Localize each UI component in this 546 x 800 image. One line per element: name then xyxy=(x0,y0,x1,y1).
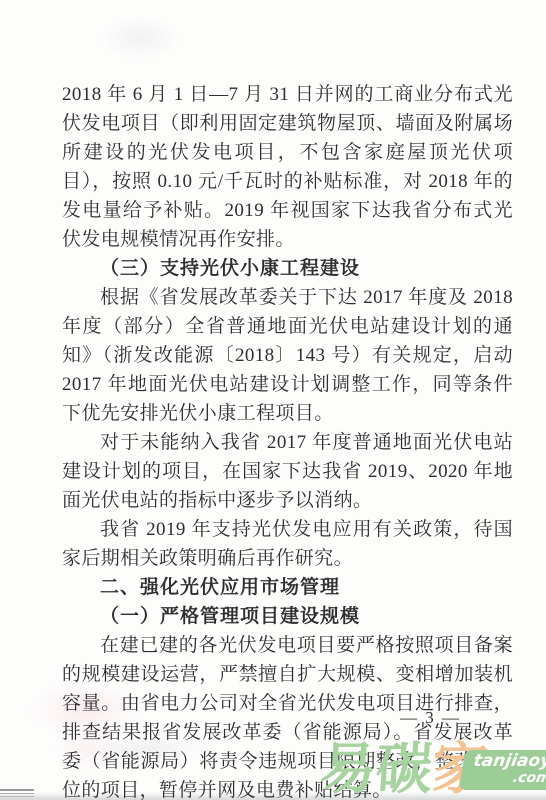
document-body: 2018 年 6 月 1 日—7 月 31 日并网的工商业分布式光伏发电项目（即… xyxy=(62,80,513,800)
page-number: — 3 — xyxy=(400,708,461,728)
paragraph: 我省 2019 年支持光伏发电应用有关政策，待国家后期相关政策明确后再作研究。 xyxy=(62,515,513,573)
paragraph: （三）支持光伏小康工程建设 xyxy=(62,254,513,283)
paragraph: 2018 年 6 月 1 日—7 月 31 日并网的工商业分布式光伏发电项目（即… xyxy=(62,80,513,254)
paragraph: （一）严格管理项目建设规模 xyxy=(62,602,513,631)
paragraph: 二、强化光伏应用市场管理 xyxy=(62,573,513,602)
paragraph: 根据《省发展改革委关于下达 2017 年度及 2018 年度（部分）全省普通地面… xyxy=(62,283,513,428)
scanned-document-page: 2018 年 6 月 1 日—7 月 31 日并网的工商业分布式光伏发电项目（即… xyxy=(0,0,546,800)
paragraph: 对于未能纳入我省 2017 年度普通地面光伏电站建设计划的项目，在国家下达我省 … xyxy=(62,428,513,515)
scan-smudge xyxy=(100,16,180,60)
scan-corner-marks xyxy=(0,789,34,798)
